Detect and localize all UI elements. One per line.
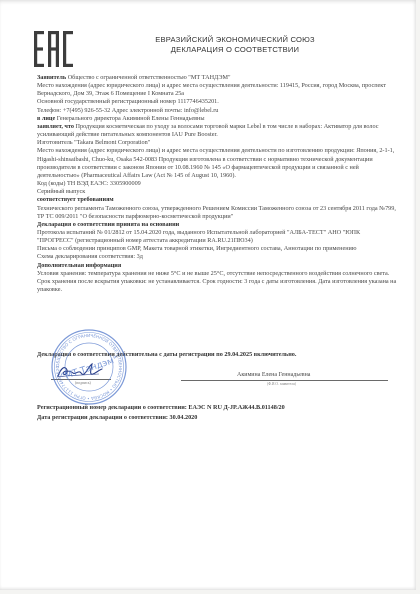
registration-number: Регистрационный номер декларации о соотв… <box>37 403 397 413</box>
conforms-label: соответствует требованиям <box>37 196 397 204</box>
represented-label: в лице <box>37 115 55 122</box>
signatory-name: Акимина Елена Геннадьевна <box>237 372 310 378</box>
additional-info-label: Дополнительная информация <box>37 262 397 270</box>
applicant-contacts: Телефон: +7(495) 926-55-32 Адрес электро… <box>37 107 397 115</box>
title-declaration: ДЕКЛАРАЦИЯ О СООТВЕТСТВИИ <box>120 45 350 55</box>
manufacturer: Изготовитель "Takara Belmont Corporation… <box>37 139 397 147</box>
basis-label: Декларация о соответствии принята на осн… <box>37 221 397 229</box>
declares-line: заявляет, что Продукция косметическая по… <box>37 123 397 139</box>
applicant-name: Общество с ограниченной ответственностью… <box>66 74 230 81</box>
basis-protocol: Протокола испытаний № 01/2812 от 15.04.2… <box>37 229 397 245</box>
applicant-ogrn: Основной государственный регистрационный… <box>37 98 397 106</box>
registration-date: Дата регистрации декларации о соответств… <box>37 413 397 423</box>
additional-info-text: Условия хранения: температура хранения н… <box>37 270 397 294</box>
declaration-body: Заявитель Общество с ограниченной ответс… <box>37 74 397 294</box>
stamp-text: "МТ Тандэм" <box>60 355 119 383</box>
regulation-text: Технического регламента Таможенного союз… <box>37 205 397 221</box>
document-title: ЕВРАЗИЙСКИЙ ЭКОНОМИЧЕСКИЙ СОЮЗ ДЕКЛАРАЦИ… <box>120 35 350 55</box>
name-line <box>181 380 388 381</box>
manufacturer-address: Место нахождения (адрес юридического лиц… <box>37 147 397 180</box>
represented-line: в лице Генерального директора Акиминой Е… <box>37 115 397 123</box>
applicant-address: Место нахождения (адрес юридического лиц… <box>37 82 397 98</box>
eac-logo <box>34 31 74 67</box>
release-type: Серийный выпуск <box>37 188 397 196</box>
company-stamp-icon: ОБЩЕСТВО С ОГРАНИЧЕННОЙ ОТВЕТСТВЕННОСТЬЮ… <box>50 328 128 406</box>
declaration-scheme: Схема декларирования соответствия: 3д <box>37 253 397 261</box>
registration-block: Регистрационный номер декларации о соотв… <box>37 403 397 423</box>
applicant-line: Заявитель Общество с ограниченной ответс… <box>37 74 397 82</box>
declaration-page: ЕВРАЗИЙСКИЙ ЭКОНОМИЧЕСКИЙ СОЮЗ ДЕКЛАРАЦИ… <box>0 0 416 590</box>
eac-logo-icon <box>34 31 74 67</box>
hs-code: Код (коды) ТН ВЭД ЕАЭС: 3305900009 <box>37 180 397 188</box>
product-description: Продукция косметическая по уходу за воло… <box>37 123 379 138</box>
name-caption: (Ф.И.О. заявителя) <box>267 382 296 386</box>
title-union: ЕВРАЗИЙСКИЙ ЭКОНОМИЧЕСКИЙ СОЮЗ <box>120 35 350 45</box>
declares-label: заявляет, что <box>37 123 74 130</box>
applicant-label: Заявитель <box>37 74 66 81</box>
represented-by: Генерального директора Акиминой Елены Ге… <box>55 115 204 122</box>
basis-letters: Письма о соблюдении принципов GMP, Макет… <box>37 245 397 253</box>
